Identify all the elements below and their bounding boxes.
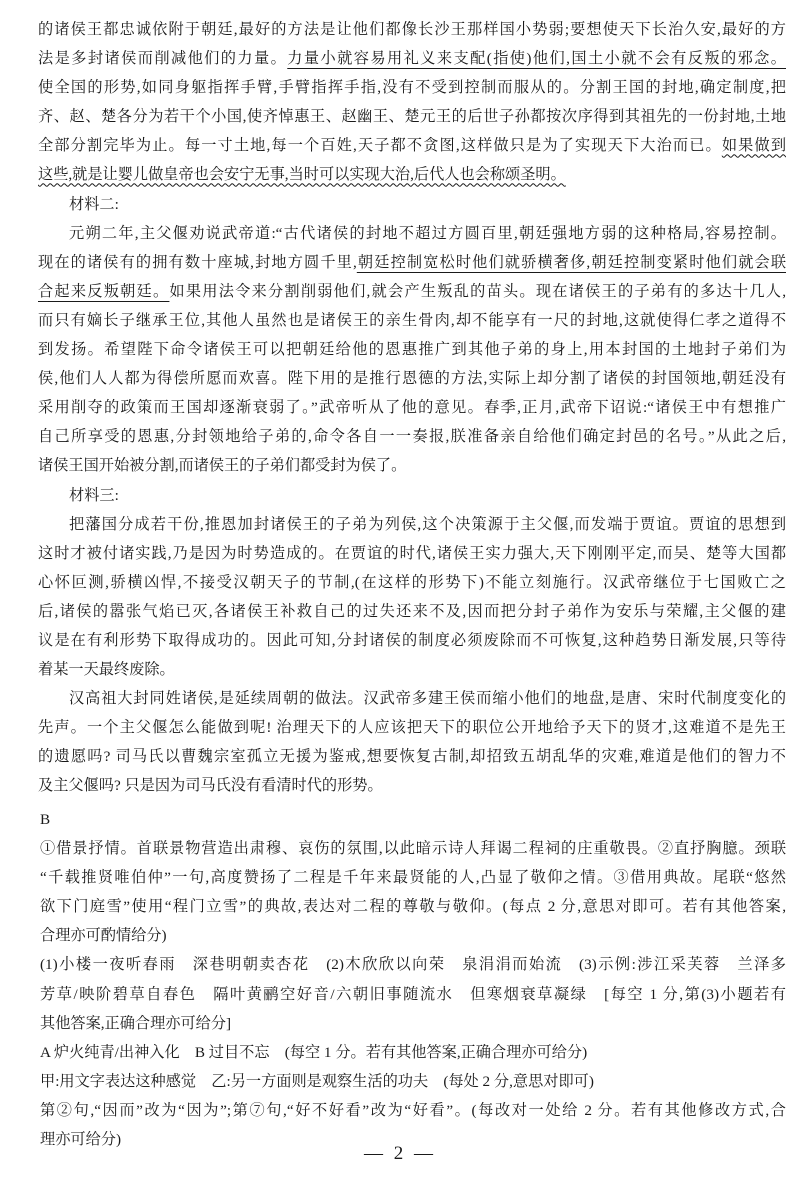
answer-text-line: 20.第②句,“因而”改为“因为”;第⑦句,“好不好看”改为“好看”。(每改对一…: [40, 1096, 786, 1125]
material-text-line: 先声。一个主父偃怎么能做到呢! 治理天下的人应该把天下的职位公开地给予天下的贤才…: [38, 713, 786, 742]
answer-text-line: 欲下门庭雪”使用“程门立雪”的典故,表达对二程的尊敬与敬仰。(每点 2 分,意思…: [40, 892, 786, 921]
material-text-line: 自己所享受的恩惠,分封领地给子弟的,命令各自一一奏报,朕准备亲自给他们确定封邑的…: [38, 422, 786, 451]
material-text-line: 这时才被付诸实践,乃是因为时势造成的。在贾谊的时代,诸侯王实力强大,天下刚刚平定…: [38, 539, 786, 568]
underline-wavy-text: 这些,就是让婴儿做皇帝也会安宁无事,当时可以实现大治,后代人也会称颂圣明。: [38, 166, 566, 183]
material-text-line: 着某一天最终废除。: [38, 655, 786, 684]
text-run: 元朔二年,主父偃劝说武帝道:“古代诸侯的封地不超过方圆百里,朝廷强地方弱的这种格…: [69, 225, 786, 242]
material-text-line: 这些,就是让婴儿做皇帝也会安宁无事,当时可以实现大治,后代人也会称颂圣明。: [38, 160, 786, 189]
text-run: 心怀叵测,骄横凶悍,不接受汉朝天子的节制,(在这样的形势下)不能立刻施行。汉武帝…: [38, 574, 786, 591]
text-run: 齐、赵、楚各分为若干个小国,使齐悼惠王、赵幽王、楚元王的后世子孙都按次序得到其祖…: [38, 108, 786, 125]
material-text-line: 使全国的形势,如同身躯指挥手臂,手臂指挥手指,没有不受到控制而服从的。分割王国的…: [38, 73, 786, 102]
text-run: 到发扬。希望陛下命令诸侯王可以把朝廷给他的恩惠推广到其他子弟的身上,用本封国的土…: [38, 341, 786, 358]
text-run: 诸侯王国开始被分割,而诸侯王的子弟们都受封为侯了。: [38, 457, 406, 474]
text-run: 后,诸侯的嚣张气焰已灭,各诸侯王补救自己的过失还来不及,因而把分封子弟作为安乐与…: [38, 603, 786, 620]
text-run: 的诸侯王都忠诚依附于朝廷,最好的方法是让他们都像长沙王那样国小势弱;要想使天下长…: [38, 21, 786, 38]
material-text-line: 心怀叵测,骄横凶悍,不接受汉朝天子的节制,(在这样的形势下)不能立刻施行。汉武帝…: [38, 568, 786, 597]
text-run: “千载推贤唯伯仲”一句,高度赞扬了二程是千年来最贤能的人,凸显了敬仰之情。③借用…: [40, 869, 786, 886]
material-text-line: 的诸侯王都忠诚依附于朝廷,最好的方法是让他们都像长沙王那样国小势弱;要想使天下长…: [38, 15, 786, 44]
material-text-line: 材料三:: [38, 481, 786, 510]
material-text-line: 而只有嫡长子继承王位,其他人虽然也是诸侯王的亲生骨肉,却不能享有一尺的封地,这就…: [38, 306, 786, 335]
material-text-line: 元朔二年,主父偃劝说武帝道:“古代诸侯的封地不超过方圆百里,朝廷强地方弱的这种格…: [38, 219, 786, 248]
material-text-line: 全部分割完毕为止。每一寸土地,每一个百姓,天子都不贪图,这样做只是为了实现天下大…: [38, 131, 786, 160]
text-run: 合理亦可酌情给分): [40, 927, 167, 944]
text-run: 侯,他们人人都为得偿所愿而欢喜。陛下用的是推行恩德的方法,实际上却分割了诸侯的封…: [38, 370, 786, 387]
reading-materials-text: 的诸侯王都忠诚依附于朝廷,最好的方法是让他们都像长沙王那样国小势弱;要想使天下长…: [38, 15, 786, 801]
text-run: 着某一天最终废除。: [38, 661, 175, 678]
text-run: 其他答案,正确合理亦可给分]: [40, 1015, 231, 1032]
text-run: 材料二:: [69, 196, 119, 213]
text-run: 及主父偃吗? 只是因为司马氏没有看清时代的形势。: [38, 777, 383, 794]
text-run: 法是多封诸侯而削减他们的力量。: [38, 50, 287, 67]
text-run: 采用削夺的政策而王国却逐渐衰弱了。”武帝听从了他的意见。春季,正月,武帝下诏说:…: [38, 399, 786, 416]
material-text-line: 合起来反叛朝廷。如果用法令来分割削弱他们,就会产生叛乱的苗头。现在诸侯王的子弟有…: [38, 277, 786, 306]
answer-key-list: 15.B16.①借景抒情。首联景物营造出肃穆、哀伤的氛围,以此暗示诗人拜谒二程祠…: [40, 805, 786, 1154]
material-text-line: 法是多封诸侯而削减他们的力量。力量小就容易用礼义来支配(指使)他们,国土小就不会…: [38, 44, 786, 73]
answer-text-line: 15.B: [40, 805, 786, 834]
answer-text-line: 19.甲:用文字表达这种感觉 乙:另一方面则是观察生活的功夫 (每处 2 分,意…: [40, 1067, 786, 1096]
text-run: 如果用法令来分割削弱他们,就会产生叛乱的苗头。现在诸侯王的子弟有的多达十几人,: [169, 283, 786, 300]
answer-text-line: 合理亦可酌情给分): [40, 921, 786, 950]
text-run: 全部分割完毕为止。每一寸土地,每一个百姓,天子都不贪图,这样做只是为了实现天下大…: [38, 137, 722, 154]
material-text-line: 采用削夺的政策而王国却逐渐衰弱了。”武帝听从了他的意见。春季,正月,武帝下诏说:…: [38, 393, 786, 422]
text-run: 而只有嫡长子继承王位,其他人虽然也是诸侯王的亲生骨肉,却不能享有一尺的封地,这就…: [38, 312, 786, 329]
answer-text-line: “千载推贤唯伯仲”一句,高度赞扬了二程是千年来最贤能的人,凸显了敬仰之情。③借用…: [40, 863, 786, 892]
material-text-line: 齐、赵、楚各分为若干个小国,使齐悼惠王、赵幽王、楚元王的后世子孙都按次序得到其祖…: [38, 102, 786, 131]
text-run: 把藩国分成若干份,推恩加封诸侯王的子弟为列侯,这个决策源于主父偃,而发端于贾谊。…: [69, 516, 786, 533]
material-text-line: 汉高祖大封同姓诸侯,是延续周朝的做法。汉武帝多建王侯而缩小他们的地盘,是唐、宋时…: [38, 684, 786, 713]
text-run: 欲下门庭雪”使用“程门立雪”的典故,表达对二程的尊敬与敬仰。(每点 2 分,意思…: [40, 898, 786, 915]
text-run: ①借景抒情。首联景物营造出肃穆、哀伤的氛围,以此暗示诗人拜谒二程祠的庄重敬畏。②…: [40, 840, 786, 857]
text-run: 先声。一个主父偃怎么能做到呢! 治理天下的人应该把天下的职位公开地给予天下的贤才…: [38, 719, 786, 736]
text-run: 这时才被付诸实践,乃是因为时势造成的。在贾谊的时代,诸侯王实力强大,天下刚刚平定…: [38, 545, 786, 562]
text-run: B: [40, 811, 50, 828]
answer-text-line: 其他答案,正确合理亦可给分]: [40, 1009, 786, 1038]
underline-wavy-text: 如果做到: [722, 137, 786, 154]
material-text-line: 现在的诸侯有的拥有数十座城,封地方圆千里,朝廷控制宽松时他们就骄横奢侈,朝廷控制…: [38, 248, 786, 277]
material-text-line: 诸侯王国开始被分割,而诸侯王的子弟们都受封为侯了。: [38, 451, 786, 480]
text-run: 芳草/映阶碧草自春色 隔叶黄鹂空好音/六朝旧事随流水 但寒烟衰草凝绿 [每空 1…: [40, 986, 786, 1003]
answer-text-line: 16.①借景抒情。首联景物营造出肃穆、哀伤的氛围,以此暗示诗人拜谒二程祠的庄重敬…: [40, 834, 786, 863]
text-run: 自己所享受的恩惠,分封领地给子弟的,命令各自一一奏报,朕准备亲自给他们确定封邑的…: [38, 428, 786, 445]
material-text-line: 后,诸侯的嚣张气焰已灭,各诸侯王补救自己的过失还来不及,因而把分封子弟作为安乐与…: [38, 597, 786, 626]
answer-text-line: 17.(1)小楼一夜听春雨 深巷明朝卖杏花 (2)木欣欣以向荣 泉涓涓而始流 (…: [40, 950, 786, 979]
text-run: 甲:用文字表达这种感觉 乙:另一方面则是观察生活的功夫 (每处 2 分,意思对即…: [40, 1073, 594, 1090]
underline-solid-text: 力量小就容易用礼义来支配(指使)他们,国土小就不会有反叛的邪念。: [287, 50, 786, 67]
answer-text-line: 芳草/映阶碧草自春色 隔叶黄鹂空好音/六朝旧事随流水 但寒烟衰草凝绿 [每空 1…: [40, 980, 786, 1009]
text-run: 第②句,“因而”改为“因为”;第⑦句,“好不好看”改为“好看”。(每改对一处给 …: [40, 1102, 786, 1119]
answer-text-line: 18.A 炉火纯青/出神入化 B 过目不忘 (每空 1 分。若有其他答案,正确合…: [40, 1038, 786, 1067]
underline-solid-text: 合起来反叛朝廷。: [38, 283, 169, 300]
material-text-line: 议是在有利形势下取得成功的。因此可知,分封诸侯的制度必须废除而不可恢复,这种趋势…: [38, 626, 786, 655]
text-run: 议是在有利形势下取得成功的。因此可知,分封诸侯的制度必须废除而不可恢复,这种趋势…: [38, 632, 786, 649]
text-run: 材料三:: [69, 487, 119, 504]
text-run: 汉高祖大封同姓诸侯,是延续周朝的做法。汉武帝多建王侯而缩小他们的地盘,是唐、宋时…: [69, 690, 786, 707]
text-run: 现在的诸侯有的拥有数十座城,封地方圆千里,: [38, 254, 357, 271]
material-text-line: 的遗愿吗? 司马氏以曹魏宗室孤立无援为鉴戒,想要恢复古制,却招致五胡乱华的灾难,…: [38, 742, 786, 771]
text-run: 的遗愿吗? 司马氏以曹魏宗室孤立无援为鉴戒,想要恢复古制,却招致五胡乱华的灾难,…: [38, 748, 786, 765]
material-text-line: 侯,他们人人都为得偿所愿而欢喜。陛下用的是推行恩德的方法,实际上却分割了诸侯的封…: [38, 364, 786, 393]
document-page: 的诸侯王都忠诚依附于朝廷,最好的方法是让他们都像长沙王那样国小势弱;要想使天下长…: [0, 0, 800, 1185]
page-number: — 2 —: [0, 1143, 800, 1165]
underline-solid-text: 朝廷控制宽松时他们就骄横奢侈,朝廷控制变紧时他们就会联: [357, 254, 786, 271]
text-run: 使全国的形势,如同身躯指挥手臂,手臂指挥手指,没有不受到控制而服从的。分割王国的…: [38, 79, 786, 96]
text-run: A 炉火纯青/出神入化 B 过目不忘 (每空 1 分。若有其他答案,正确合理亦可…: [40, 1044, 587, 1061]
material-text-line: 到发扬。希望陛下命令诸侯王可以把朝廷给他的恩惠推广到其他子弟的身上,用本封国的土…: [38, 335, 786, 364]
material-text-line: 把藩国分成若干份,推恩加封诸侯王的子弟为列侯,这个决策源于主父偃,而发端于贾谊。…: [38, 510, 786, 539]
material-text-line: 材料二:: [38, 190, 786, 219]
text-run: (1)小楼一夜听春雨 深巷明朝卖杏花 (2)木欣欣以向荣 泉涓涓而始流 (3)示…: [40, 956, 786, 973]
material-text-line: 及主父偃吗? 只是因为司马氏没有看清时代的形势。: [38, 771, 786, 800]
